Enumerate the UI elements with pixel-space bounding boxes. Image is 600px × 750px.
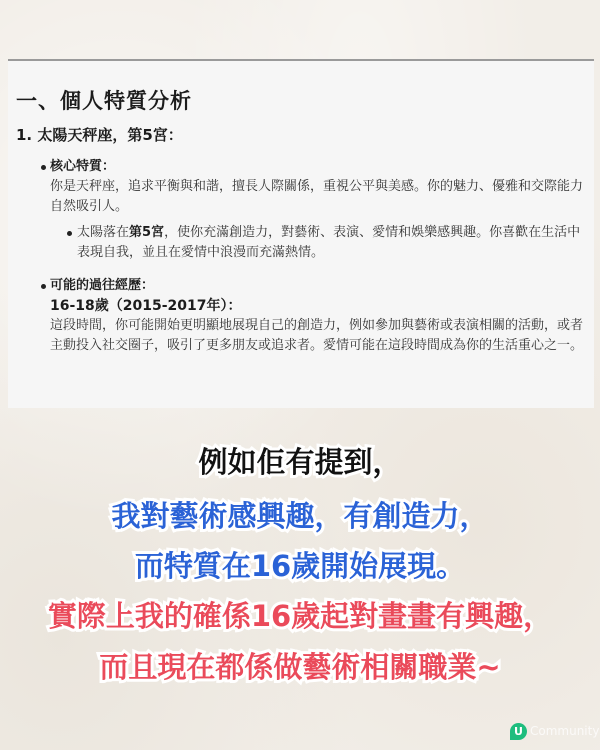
bullet-core-traits: 核心特質： 你是天秤座，追求平衡與和諧，擅長人際關係，重視公平與美感。你的魅力、… — [36, 157, 591, 217]
caption-line-5: 而且現在都係做藝術相關職業~ — [0, 645, 600, 686]
bullet-text: 太陽落在第5宮，使你充滿創造力，對藝術、表演、愛情和娛樂感興趣。你喜歡在生活中表… — [77, 223, 593, 263]
screenshot-card: 一、個人特質分析 1. 太陽天秤座，第5宮： 核心特質： 你是天秤座，追求平衡與… — [8, 59, 594, 408]
caption-line-1: 例如佢有提到， — [0, 440, 600, 481]
bullet-title: 核心特質： — [50, 157, 591, 177]
caption-line-3: 而特質在16歲開始展現。 — [0, 544, 600, 585]
section-heading: 一、個人特質分析 — [16, 85, 192, 115]
logo-text: Community — [530, 724, 599, 738]
caption-line-4: 實際上我的確係16歲起對畫畫有興趣， — [0, 594, 600, 635]
sub-heading: 1. 太陽天秤座，第5宮： — [16, 124, 183, 145]
bullet-past-experience: 可能的過往經歷： 16-18歲（2015-2017年）： 這段時間，你可能開始更… — [36, 276, 591, 356]
bullet-title: 可能的過往經歷： — [50, 276, 591, 296]
logo-u-icon: U — [510, 723, 527, 740]
bullet-dot-icon — [41, 165, 46, 170]
caption-line-2: 我對藝術感興趣，有創造力， — [0, 494, 600, 535]
bullet-dot-icon — [67, 231, 72, 236]
text-prefix: 太陽落在 — [77, 225, 129, 240]
ucommunity-logo: U Community — [510, 721, 599, 741]
bullet-text: 這段時間，你可能開始更明顯地展現自己的創造力，例如參加與藝術或表演相關的活動，或… — [50, 316, 591, 356]
age-range: 16-18歲（2015-2017年）： — [50, 296, 591, 316]
bullet-dot-icon — [41, 284, 46, 289]
bullet-sun-house: 太陽落在第5宮，使你充滿創造力，對藝術、表演、愛情和娛樂感興趣。你喜歡在生活中表… — [63, 223, 593, 263]
text-bold: 第5宮 — [129, 225, 164, 240]
bullet-text: 你是天秤座，追求平衡與和諧，擅長人際關係，重視公平與美感。你的魅力、優雅和交際能… — [50, 177, 591, 217]
